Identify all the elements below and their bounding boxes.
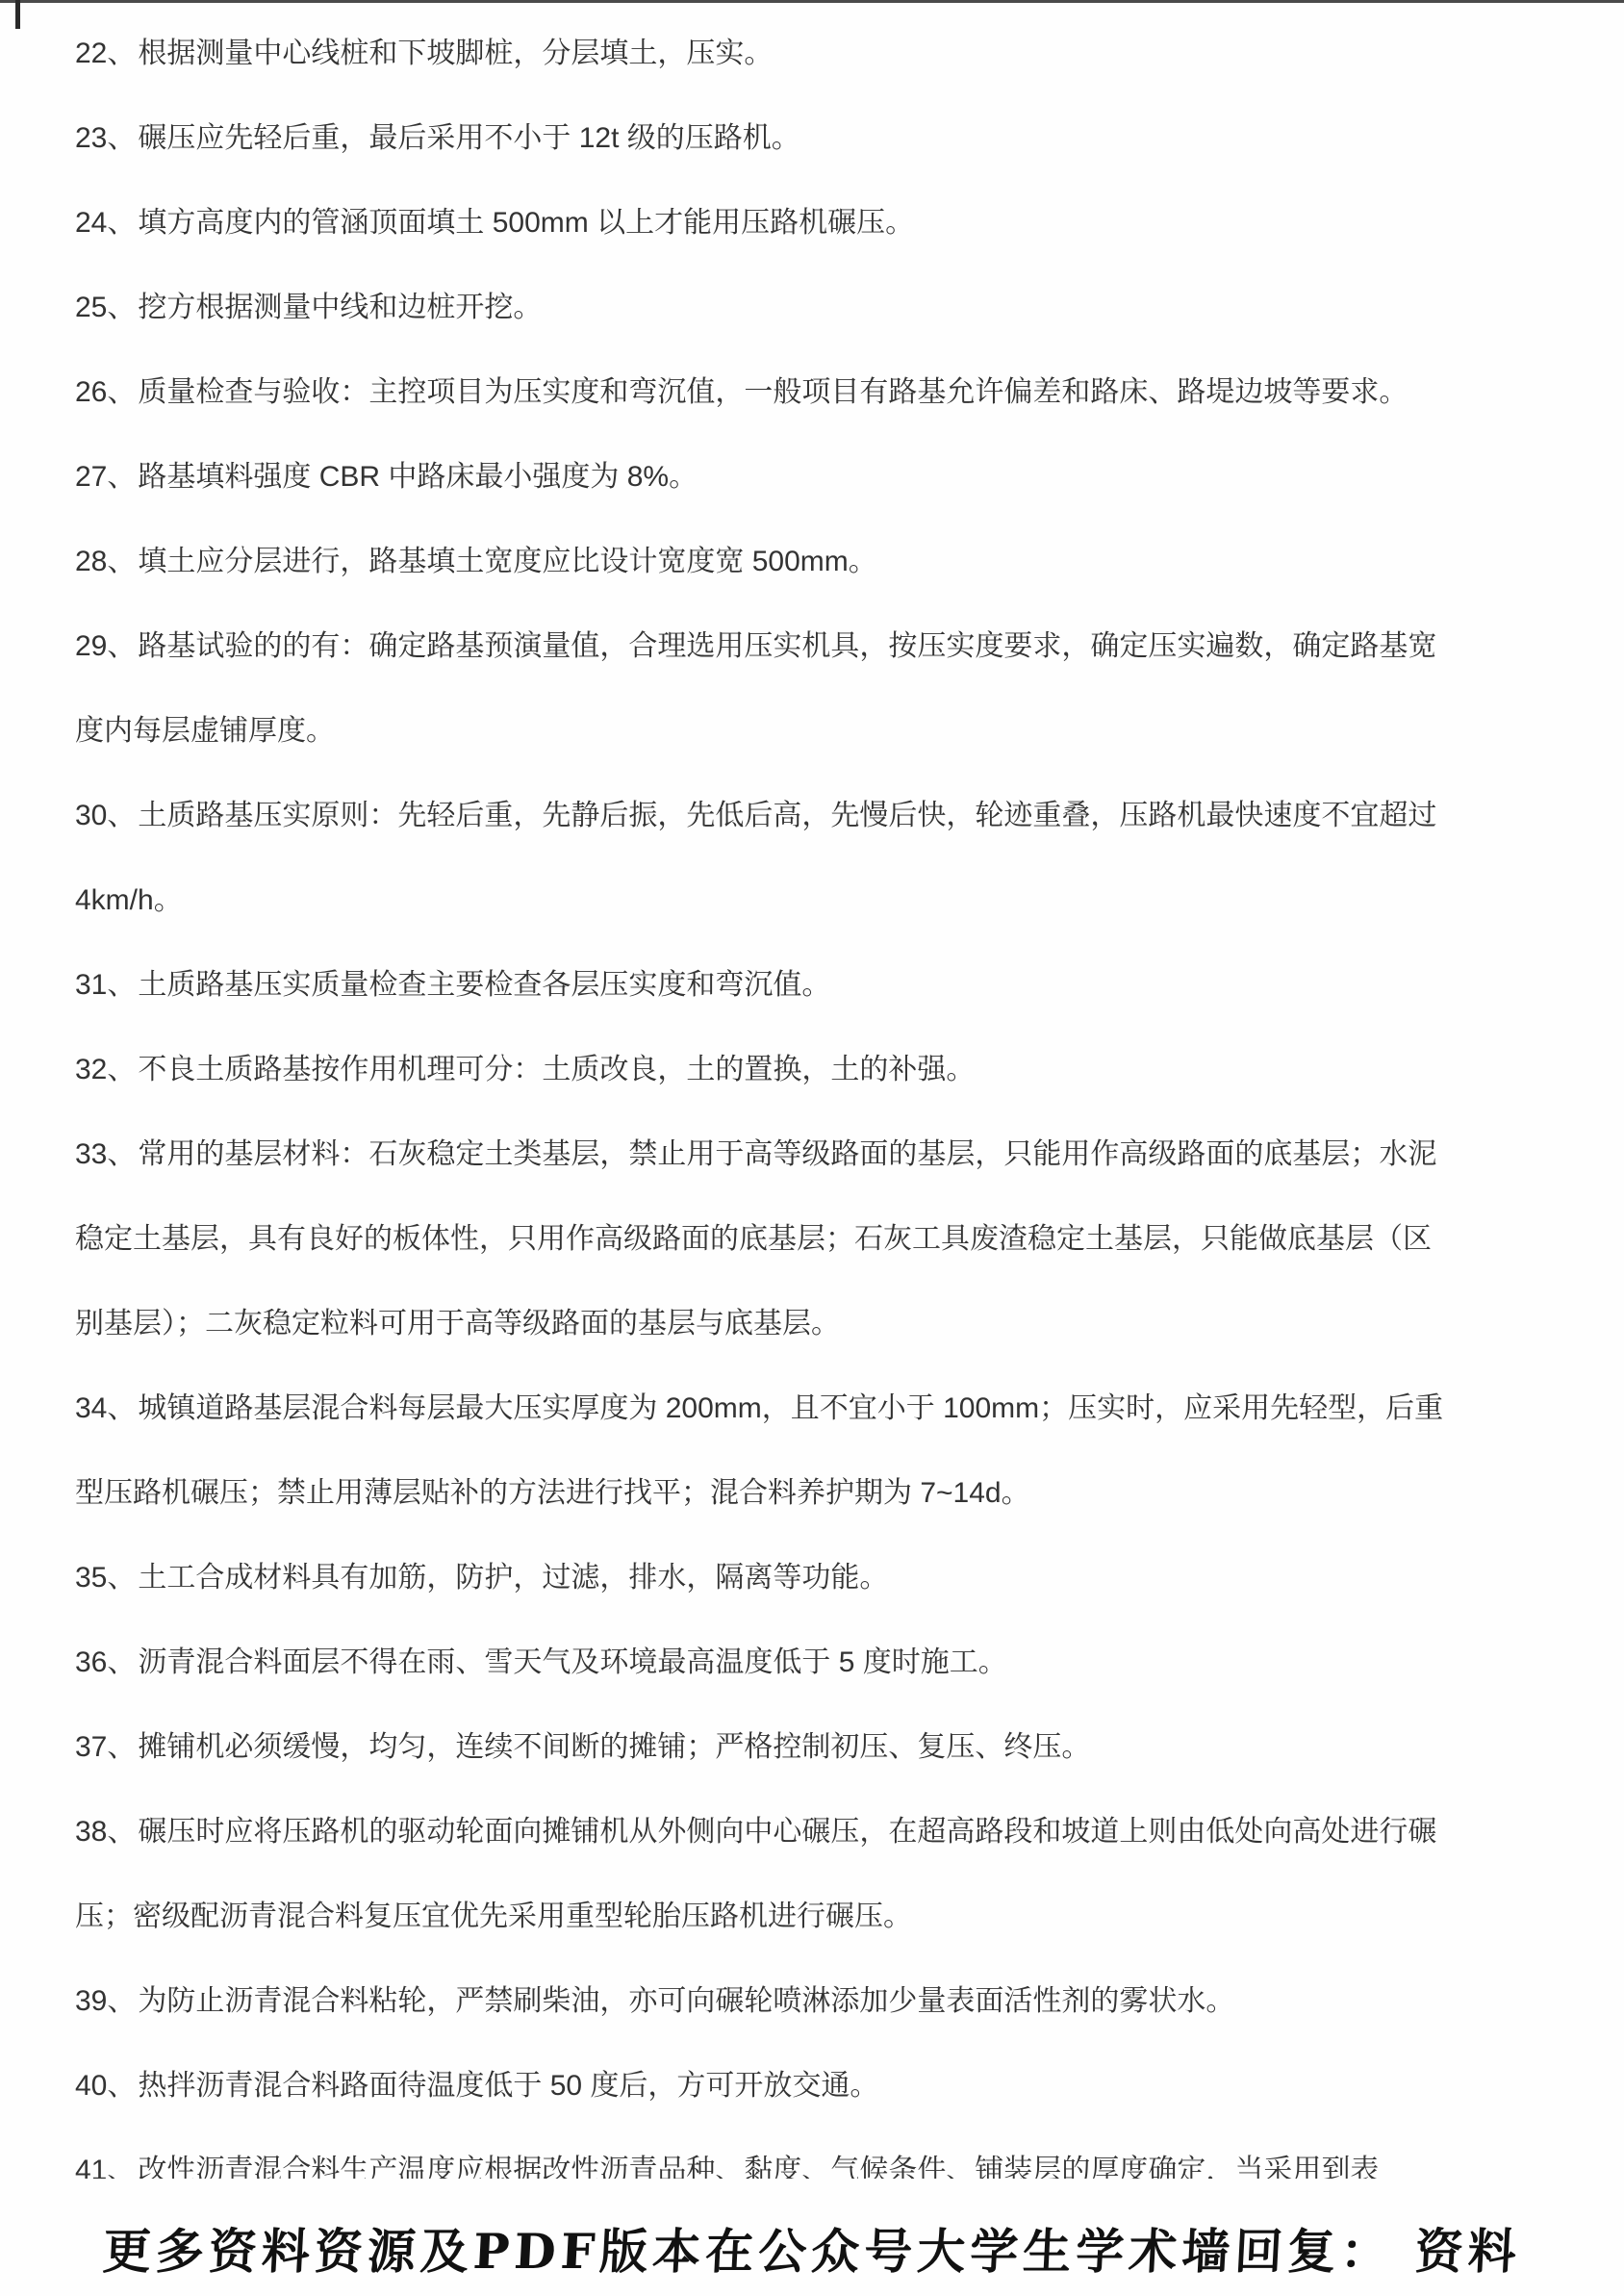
list-item-37: 37、摊铺机必须缓慢，均匀，连续不间断的摊铺；严格控制初压、复压、终压。 (75, 1705, 1451, 1790)
item-number: 29、 (75, 630, 136, 662)
list-item-27: 27、路基填料强度 CBR 中路床最小强度为 8%。 (75, 435, 1451, 520)
item-text: 路基填料强度 CBR 中路床最小强度为 8%。 (138, 461, 698, 493)
item-text: 路基试验的的有：确定路基预演量值，合理选用压实机具，按压实度要求，确定压实遍数，… (75, 630, 1436, 747)
list-item-39: 39、为防止沥青混合料粘轮，严禁刷柴油，亦可向碾轮喷淋添加少量表面活性剂的雾状水… (75, 1959, 1451, 2044)
list-item-26: 26、质量检查与验收：主控项目为压实度和弯沉值，一般项目有路基允许偏差和路床、路… (75, 350, 1451, 435)
item-number: 25、 (75, 292, 136, 323)
list-item-29: 29、路基试验的的有：确定路基预演量值，合理选用压实机具，按压实度要求，确定压实… (75, 604, 1451, 774)
item-number: 41、 (75, 2155, 136, 2179)
list-item-30: 30、土质路基压实原则：先轻后重，先静后振，先低后高，先慢后快，轮迹重叠，压路机… (75, 774, 1451, 943)
list-item-41: 41、改性沥青混合料生产温度应根据改性沥青品种、黏度、气候条件、铺装层的厚度确定… (75, 2129, 1451, 2179)
item-text: 常用的基层材料：石灰稳定土类基层，禁止用于高等级路面的基层，只能用作高级路面的底… (75, 1138, 1436, 1339)
item-number: 39、 (75, 1985, 136, 2017)
item-text: 土工合成材料具有加筋，防护，过滤，排水，隔离等功能。 (138, 1562, 888, 1594)
scan-edge-artifact (15, 0, 20, 29)
list-item-33: 33、常用的基层材料：石灰稳定土类基层，禁止用于高等级路面的基层，只能用作高级路… (75, 1112, 1451, 1366)
item-number: 40、 (75, 2070, 136, 2102)
item-number: 24、 (75, 207, 136, 239)
list-item-22: 22、根据测量中心线桩和下坡脚桩，分层填土，压实。 (75, 12, 1451, 96)
item-text: 城镇道路基层混合料每层最大压实厚度为 200mm，且不宜小于 100mm；压实时… (75, 1392, 1443, 1509)
list-item-40: 40、热拌沥青混合料路面待温度低于 50 度后，方可开放交通。 (75, 2044, 1451, 2129)
item-number: 38、 (75, 1816, 136, 1848)
list-item-28: 28、填土应分层进行，路基填土宽度应比设计宽度宽 500mm。 (75, 520, 1451, 604)
item-text: 改性沥青混合料生产温度应根据改性沥青品种、黏度、气候条件、铺装层的厚度确定，当采… (138, 2155, 1379, 2179)
item-text: 为防止沥青混合料粘轮，严禁刷柴油，亦可向碾轮喷淋添加少量表面活性剂的雾状水。 (138, 1985, 1234, 2017)
item-text: 填方高度内的管涵顶面填土 500mm 以上才能用压路机碾压。 (138, 207, 914, 239)
item-text: 填土应分层进行，路基填土宽度应比设计宽度宽 500mm。 (138, 546, 876, 577)
item-number: 31、 (75, 969, 136, 1001)
list-item-35: 35、土工合成材料具有加筋，防护，过滤，排水，隔离等功能。 (75, 1536, 1451, 1620)
document-body: 22、根据测量中心线桩和下坡脚桩，分层填土，压实。23、碾压应先轻后重，最后采用… (75, 0, 1451, 2179)
list-item-24: 24、填方高度内的管涵顶面填土 500mm 以上才能用压路机碾压。 (75, 181, 1451, 266)
item-text: 挖方根据测量中线和边桩开挖。 (138, 292, 542, 323)
item-text: 沥青混合料面层不得在雨、雪天气及环境最高温度低于 5 度时施工。 (138, 1646, 1006, 1678)
item-number: 33、 (75, 1138, 136, 1170)
item-number: 27、 (75, 461, 136, 493)
item-number: 32、 (75, 1054, 136, 1085)
list-item-32: 32、不良土质路基按作用机理可分：土质改良，土的置换，土的补强。 (75, 1028, 1451, 1112)
item-number: 35、 (75, 1562, 136, 1594)
item-text: 土质路基压实质量检查主要检查各层压实度和弯沉值。 (138, 969, 830, 1001)
item-number: 28、 (75, 546, 136, 577)
item-text: 碾压应先轻后重，最后采用不小于 12t 级的压路机。 (138, 122, 799, 154)
document-page: 22、根据测量中心线桩和下坡脚桩，分层填土，压实。23、碾压应先轻后重，最后采用… (0, 0, 1624, 2296)
list-item-38: 38、碾压时应将压路机的驱动轮面向摊铺机从外侧向中心碾压，在超高路段和坡道上则由… (75, 1790, 1451, 1959)
item-text: 土质路基压实原则：先轻后重，先静后振，先低后高，先慢后快，轮迹重叠，压路机最快速… (75, 800, 1436, 916)
item-number: 37、 (75, 1731, 136, 1763)
item-number: 30、 (75, 800, 136, 831)
item-number: 36、 (75, 1646, 136, 1678)
footer-watermark: 更多资料资源及PDF版本在公众号大学生学术墙回复： 资料 (0, 2213, 1624, 2283)
list-item-34: 34、城镇道路基层混合料每层最大压实厚度为 200mm，且不宜小于 100mm；… (75, 1366, 1451, 1536)
item-text: 碾压时应将压路机的驱动轮面向摊铺机从外侧向中心碾压，在超高路段和坡道上则由低处向… (75, 1816, 1436, 1932)
item-text: 根据测量中心线桩和下坡脚桩，分层填土，压实。 (138, 38, 773, 69)
list-item-23: 23、碾压应先轻后重，最后采用不小于 12t 级的压路机。 (75, 96, 1451, 181)
item-number: 22、 (75, 38, 136, 69)
item-number: 23、 (75, 122, 136, 154)
list-item-25: 25、挖方根据测量中线和边桩开挖。 (75, 266, 1451, 350)
item-number: 26、 (75, 376, 136, 408)
item-text: 质量检查与验收：主控项目为压实度和弯沉值，一般项目有路基允许偏差和路床、路堤边坡… (138, 376, 1408, 408)
list-item-36: 36、沥青混合料面层不得在雨、雪天气及环境最高温度低于 5 度时施工。 (75, 1620, 1451, 1705)
item-text: 摊铺机必须缓慢，均匀，连续不间断的摊铺；严格控制初压、复压、终压。 (138, 1731, 1090, 1763)
item-number: 34、 (75, 1392, 136, 1424)
list-item-31: 31、土质路基压实质量检查主要检查各层压实度和弯沉值。 (75, 943, 1451, 1028)
item-text: 不良土质路基按作用机理可分：土质改良，土的置换，土的补强。 (138, 1054, 975, 1085)
item-text: 热拌沥青混合料路面待温度低于 50 度后，方可开放交通。 (138, 2070, 878, 2102)
